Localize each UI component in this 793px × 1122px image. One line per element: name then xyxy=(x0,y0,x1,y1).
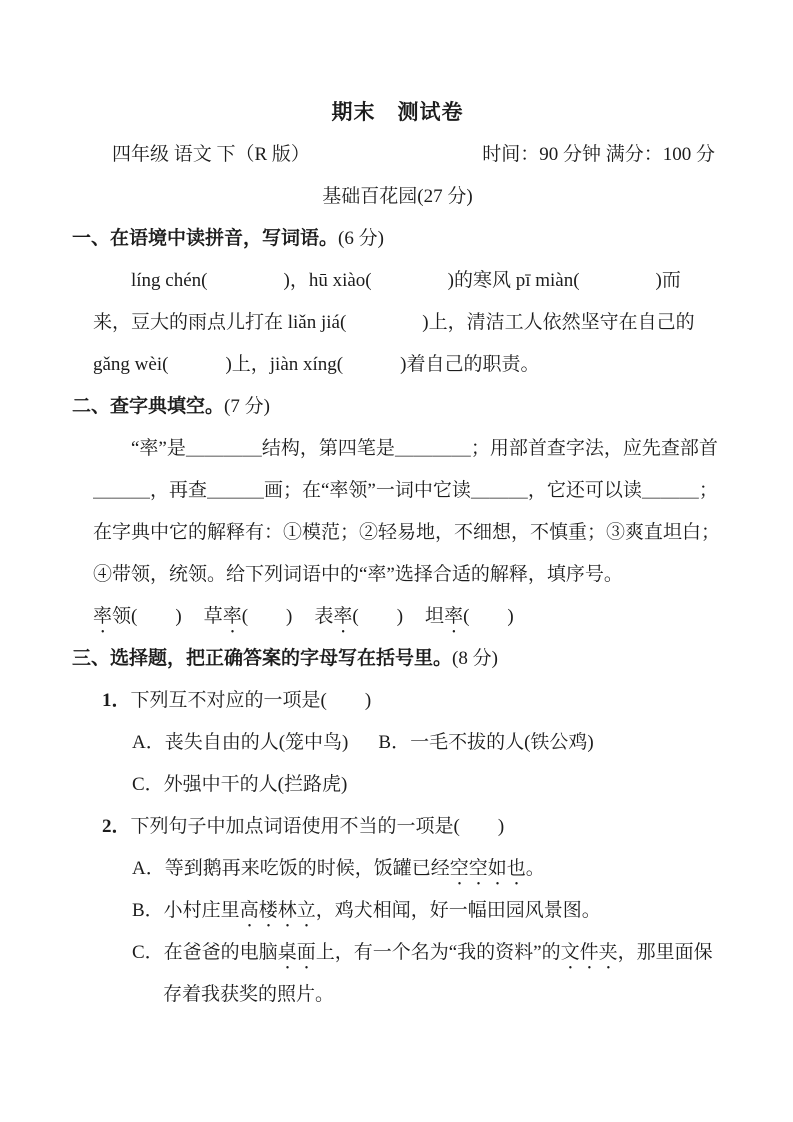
part-banner: 基础百花园(27 分) xyxy=(72,176,723,218)
section-3-heading: 三、选择题，把正确答案的字母写在括号里。(8 分) xyxy=(72,638,723,680)
emphasized-words: 高楼林立 xyxy=(240,900,316,921)
course-info: 四年级 语文 下（R 版） xyxy=(112,134,310,176)
emphasized-char: 率 xyxy=(444,606,463,627)
option-text: ，鸡犬相闻，好一幅田园风景图。 xyxy=(316,900,601,921)
section-1-heading: 一、在语境中读拼音，写词语。(6 分) xyxy=(72,218,723,260)
word-text: ( ) xyxy=(352,606,403,627)
question-1-number: 1． xyxy=(102,690,131,711)
section-2-heading: 二、查字典填空。(7 分) xyxy=(72,386,723,428)
section-1-heading-text: 一、在语境中读拼音，写词语。 xyxy=(72,228,338,249)
q1-option-a: A．丧失自由的人(笼中鸟) xyxy=(132,722,348,764)
word-item-caoshuai: 草率( ) xyxy=(204,596,293,638)
option-text: ，那里面保 xyxy=(618,942,713,963)
emphasized-char: 率 xyxy=(333,606,352,627)
question-1: 1．下列互不对应的一项是( ) xyxy=(102,680,723,722)
question-2-number: 2． xyxy=(102,816,131,837)
q2-option-a: A．等到鹅再来吃饭的时候，饭罐已经空空如也。 xyxy=(132,848,723,890)
q2-option-c-line-2: 存着我获奖的照片。 xyxy=(163,974,723,1016)
dictionary-paragraph-line-3: 在字典中它的解释有：①模范；②轻易地，不细想，不慎重；③爽直坦白； xyxy=(93,512,723,554)
q1-option-b: B．一毛不拔的人(铁公鸡) xyxy=(378,722,593,764)
word-text: 表 xyxy=(314,606,333,627)
pinyin-paragraph-line-1: líng chén( )，hū xiào( )的寒风 pī miàn( )而 xyxy=(93,260,723,302)
word-text: 草 xyxy=(204,606,223,627)
word-text: ( ) xyxy=(463,606,514,627)
question-1-options-ab: A．丧失自由的人(笼中鸟) B．一毛不拔的人(铁公鸡) xyxy=(132,722,723,764)
exam-meta-row: 四年级 语文 下（R 版） 时间：90 分钟 满分：100 分 xyxy=(72,134,723,176)
exam-paper-page: 期末 测试卷 四年级 语文 下（R 版） 时间：90 分钟 满分：100 分 基… xyxy=(0,0,793,1016)
option-text: 上，有一个名为“我的资料”的 xyxy=(316,942,561,963)
time-score-info: 时间：90 分钟 满分：100 分 xyxy=(482,134,715,176)
emphasized-words: 空空如也 xyxy=(450,858,526,879)
emphasized-char: 率 xyxy=(93,606,112,627)
section-2: 二、查字典填空。(7 分) “率”是＿＿＿＿结构，第四笔是＿＿＿＿；用部首查字法… xyxy=(72,386,723,638)
section-3-score: (8 分) xyxy=(452,648,498,669)
section-2-heading-text: 二、查字典填空。 xyxy=(72,396,224,417)
section-3-heading-text: 三、选择题，把正确答案的字母写在括号里。 xyxy=(72,648,452,669)
option-text: B．小村庄里 xyxy=(132,900,240,921)
word-text: 坦 xyxy=(425,606,444,627)
word-item-shuailing: 率领( ) xyxy=(93,596,182,638)
word-item-tanshuai: 坦率( ) xyxy=(425,596,514,638)
option-text: 。 xyxy=(526,858,545,879)
emphasized-words: 桌面 xyxy=(278,942,316,963)
rate-words-row: 率领( ) 草率( ) 表率( ) 坦率( ) xyxy=(93,596,723,638)
word-text: 领( ) xyxy=(112,606,182,627)
q2-option-b: B．小村庄里高楼林立，鸡犬相闻，好一幅田园风景图。 xyxy=(132,890,723,932)
emphasized-char: 率 xyxy=(223,606,242,627)
dictionary-paragraph-line-2: ＿＿＿，再查＿＿＿画；在“率领”一词中它读＿＿＿，它还可以读＿＿＿； xyxy=(93,470,723,512)
question-1-stem: 下列互不对应的一项是( ) xyxy=(131,690,372,711)
page-title: 期末 测试卷 xyxy=(72,92,723,134)
question-2: 2．下列句子中加点词语使用不当的一项是( ) xyxy=(102,806,723,848)
option-text: A．等到鹅再来吃饭的时候，饭罐已经 xyxy=(132,858,450,879)
question-2-stem: 下列句子中加点词语使用不当的一项是( ) xyxy=(131,816,505,837)
dictionary-paragraph-line-4: ④带领，统领。给下列词语中的“率”选择合适的解释，填序号。 xyxy=(93,554,723,596)
q2-option-c-line-1: C．在爸爸的电脑桌面上，有一个名为“我的资料”的文件夹，那里面保 xyxy=(132,932,723,974)
emphasized-words: 文件夹 xyxy=(561,942,618,963)
section-1-score: (6 分) xyxy=(338,228,384,249)
dictionary-paragraph-line-1: “率”是＿＿＿＿结构，第四笔是＿＿＿＿；用部首查字法，应先查部首 xyxy=(93,428,723,470)
word-text: ( ) xyxy=(242,606,293,627)
option-text: C．在爸爸的电脑 xyxy=(132,942,278,963)
section-3: 三、选择题，把正确答案的字母写在括号里。(8 分) 1．下列互不对应的一项是( … xyxy=(72,638,723,1016)
word-item-biaoshuai: 表率( ) xyxy=(314,596,403,638)
q1-option-c: C．外强中干的人(拦路虎) xyxy=(132,764,723,806)
pinyin-paragraph-line-2: 来，豆大的雨点儿打在 liǎn jiá( )上，清洁工人依然坚守在自己的 xyxy=(93,302,723,344)
section-1: 一、在语境中读拼音，写词语。(6 分) líng chén( )，hū xiào… xyxy=(72,218,723,386)
pinyin-paragraph-line-3: gǎng wèi( )上，jiàn xíng( )着自己的职责。 xyxy=(93,344,723,386)
section-2-score: (7 分) xyxy=(224,396,270,417)
